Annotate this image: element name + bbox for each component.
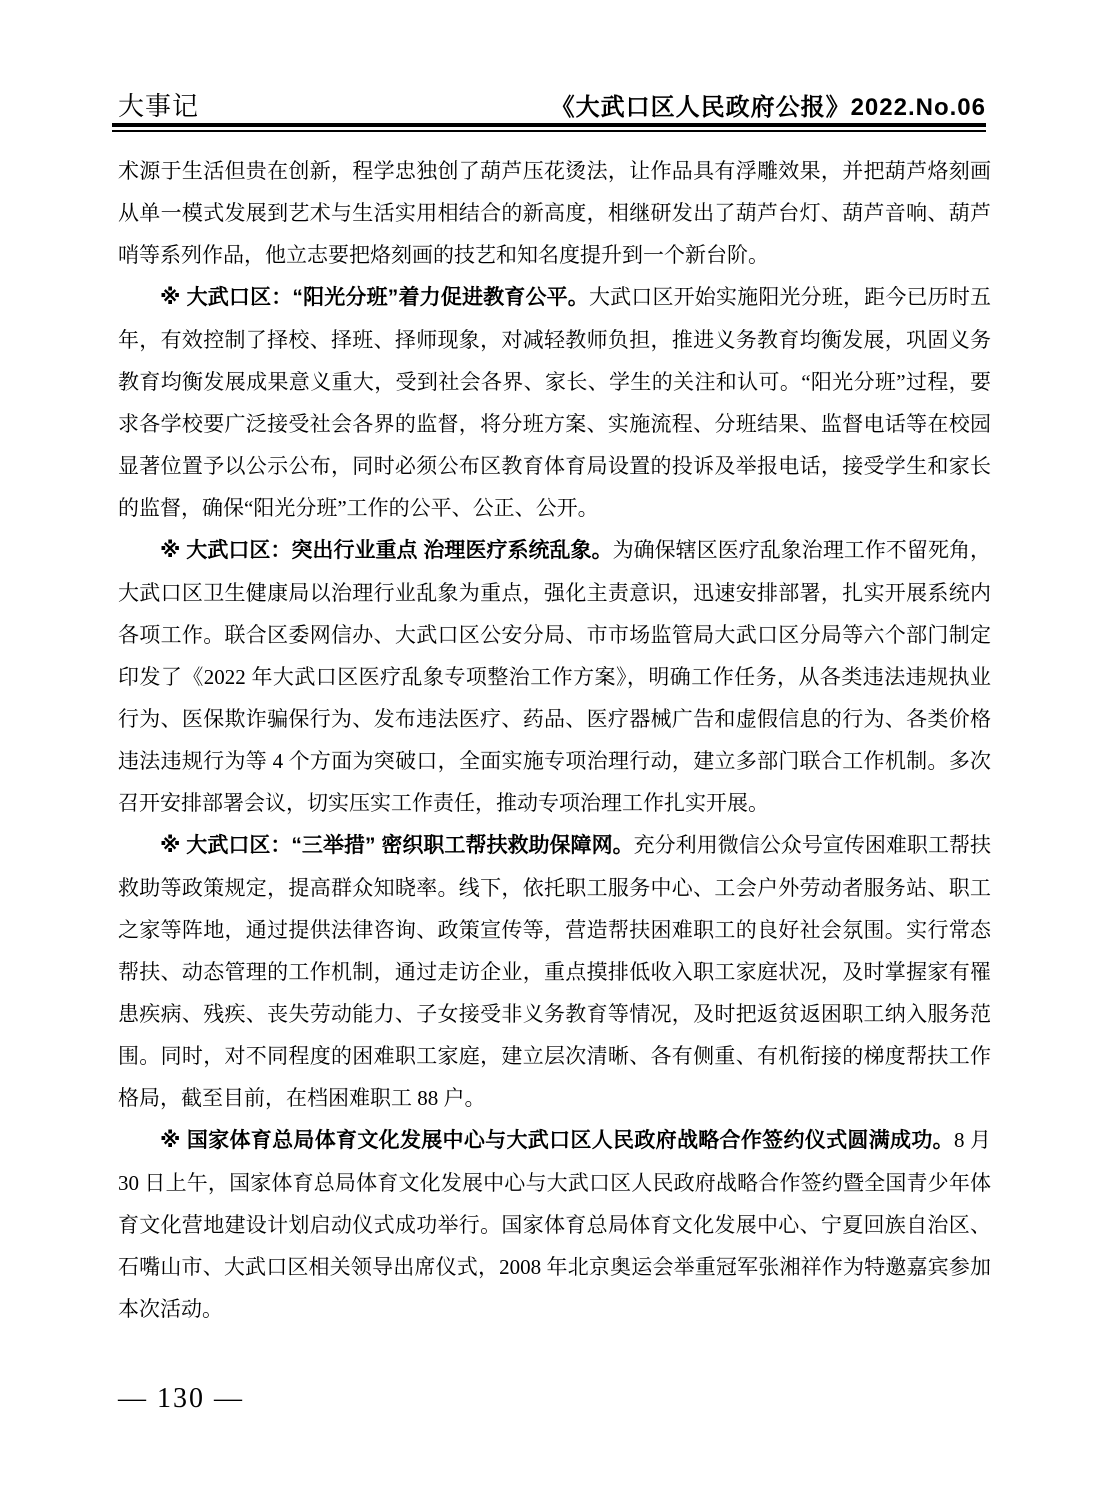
paragraph-lead: ※ 大武口区：突出行业重点 治理医疗系统乱象。 xyxy=(160,539,613,562)
page-footer: — 130 — xyxy=(118,1383,244,1415)
paragraph: ※ 大武口区：突出行业重点 治理医疗系统乱象。为确保辖区医疗乱象治理工作不留死角… xyxy=(118,529,991,824)
paragraph: ※ 国家体育总局体育文化发展中心与大武口区人民政府战略合作签约仪式圆满成功。8 … xyxy=(118,1119,991,1330)
paragraph-text: 大武口区开始实施阳光分班，距今已历时五年，有效控制了择校、择班、择师现象，对减轻… xyxy=(118,285,991,520)
paragraph-lead: ※ 大武口区：“三举措” 密织职工帮扶救助保障网。 xyxy=(160,834,634,857)
paragraph-text: 8 月 30 日上午，国家体育总局体育文化发展中心与大武口区人民政府战略合作签约… xyxy=(118,1128,991,1321)
header-divider xyxy=(112,123,986,132)
section-title: 大事记 xyxy=(118,86,199,123)
paragraph-lead: ※ 国家体育总局体育文化发展中心与大武口区人民政府战略合作签约仪式圆满成功。 xyxy=(160,1129,954,1152)
page-number: — 130 — xyxy=(118,1383,244,1414)
document-page: 大事记 《大武口区人民政府公报》2022.No.06 术源于生活但贵在创新，程学… xyxy=(0,0,1105,1489)
document-body: 术源于生活但贵在创新，程学忠独创了葫芦压花烫法，让作品具有浮雕效果，并把葫芦烙刻… xyxy=(118,150,991,1330)
divider-thick-line xyxy=(112,123,986,127)
paragraph-lead: ※ 大武口区：“阳光分班”着力促进教育公平。 xyxy=(160,286,589,309)
paragraph: ※ 大武口区：“三举措” 密织职工帮扶救助保障网。充分利用微信公众号宣传困难职工… xyxy=(118,824,991,1119)
paragraph: 术源于生活但贵在创新，程学忠独创了葫芦压花烫法，让作品具有浮雕效果，并把葫芦烙刻… xyxy=(118,150,991,276)
paragraph-text: 术源于生活但贵在创新，程学忠独创了葫芦压花烫法，让作品具有浮雕效果，并把葫芦烙刻… xyxy=(118,159,991,267)
paragraph: ※ 大武口区：“阳光分班”着力促进教育公平。大武口区开始实施阳光分班，距今已历时… xyxy=(118,276,991,529)
divider-thin-line xyxy=(112,130,986,132)
page-header: 大事记 《大武口区人民政府公报》2022.No.06 xyxy=(118,86,986,123)
publication-title: 《大武口区人民政府公报》2022.No.06 xyxy=(551,87,986,122)
paragraph-text: 为确保辖区医疗乱象治理工作不留死角，大武口区卫生健康局以治理行业乱象为重点，强化… xyxy=(118,538,991,815)
paragraph-text: 充分利用微信公众号宣传困难职工帮扶救助等政策规定，提高群众知晓率。线下，依托职工… xyxy=(118,833,991,1110)
